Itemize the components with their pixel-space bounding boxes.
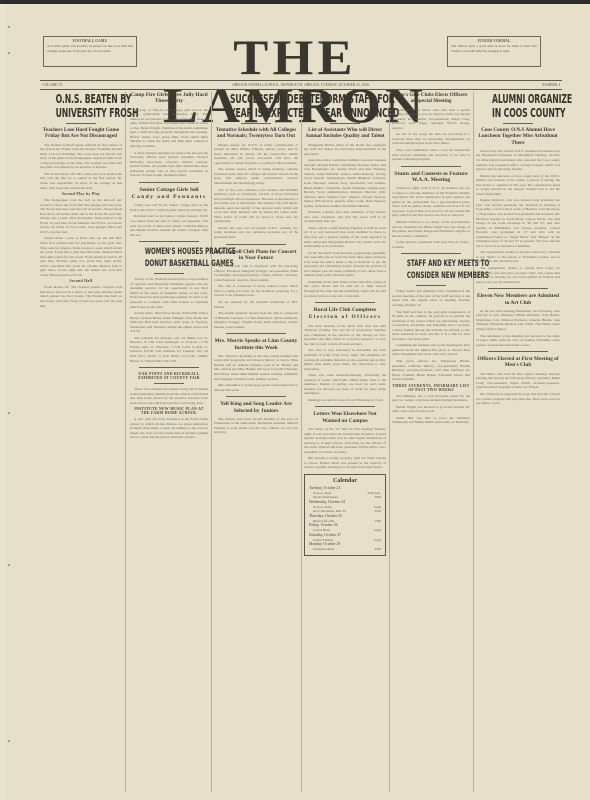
headline-norm-staff-line2: YEAR ANNOUNCED bbox=[320, 106, 371, 120]
article-paragraph: A group of fifty-six jolly, peppy girls … bbox=[130, 108, 208, 149]
left-ear-box: FOOTBALL GAME A football game will possi… bbox=[43, 36, 137, 67]
article-paragraph: Frosh kicked off. The Normal punted. Ore… bbox=[40, 285, 122, 308]
headline-norm-staff: NORM STAFF FOR bbox=[320, 92, 371, 106]
article-paragraph: During the luncheon a Coos county unit o… bbox=[476, 174, 560, 197]
calendar-title: Calendar bbox=[309, 478, 381, 484]
headline-glee-club: Men's Glee Clubs Elects Officers at Spec… bbox=[392, 92, 470, 105]
article-paragraph: Those who attended the annual county fai… bbox=[130, 387, 208, 405]
article-paragraph: Mildred Erickson is in charge of the ent… bbox=[392, 220, 470, 238]
article-paragraph: The infirmary has a very favorable repor… bbox=[392, 394, 470, 403]
headline-mrs-morris: Mrs. Morris Speaks at Linn County Instit… bbox=[214, 338, 298, 351]
article-paragraph: Mrs. Morris is lecturing at the Linn cou… bbox=[214, 354, 298, 381]
article-paragraph: Sometime in the near future about sixty-… bbox=[304, 280, 386, 298]
deck-senior-cottage: Candy and Pennants bbox=[130, 194, 208, 200]
article-paragraph: As one of the songs the men are practici… bbox=[392, 132, 470, 146]
article-paragraph: They were enthusiastic about a tour but … bbox=[392, 148, 470, 162]
headline-oak-point: OAK POINT AND RICKREALL EXHIBITED AT COU… bbox=[130, 372, 208, 380]
headline-womens-houses: WOMEN'S HOUSES PRACTICE bbox=[145, 246, 193, 258]
column-1: O.N.S. BEATEN BY UNIVERSITY FROSH Teache… bbox=[40, 92, 122, 310]
punch-hole bbox=[8, 564, 10, 566]
deck-successful-debate: Tentative Schedule with All Colleges and… bbox=[214, 127, 298, 140]
left-ear-text: A football game will possibly be played … bbox=[47, 44, 133, 53]
deck-rural-life: Election of Officers bbox=[304, 314, 386, 320]
article-paragraph: Miss Arbuthnot is doing upper grade work… bbox=[214, 383, 298, 392]
article-paragraph: There was some misunderstanding concerni… bbox=[304, 373, 386, 396]
column-2: Camp Fire Girls Have Jolly Hard Times Pa… bbox=[130, 92, 208, 442]
article-paragraph: The Pedagogues took the ball on the kick… bbox=[40, 198, 122, 234]
headline-camp-fire: Camp Fire Girls Have Jolly Hard Times Pa… bbox=[130, 92, 208, 105]
right-ear-box: JUNIOR FORMAL The Juniors have a good ti… bbox=[447, 36, 541, 67]
article-paragraph: Tomorrow night, 6:30 to 8:15, all studen… bbox=[392, 186, 470, 218]
article-paragraph: Bill Orwick is acting secretary until Jo… bbox=[304, 456, 386, 470]
article-paragraph: The Juniors held their second meeting of… bbox=[214, 417, 298, 435]
subhead: Second Play by Play bbox=[40, 192, 122, 196]
punch-hole bbox=[8, 26, 10, 28]
article-paragraph: All are inspired by the splendid leaders… bbox=[214, 300, 298, 309]
headline-alumni-organize-line2: IN COOS COUNTY bbox=[492, 106, 544, 120]
column-5: Men's Glee Clubs Elects Officers at Spec… bbox=[392, 92, 470, 427]
article-paragraph: The double quartette chosen from the clu… bbox=[214, 311, 298, 329]
deck-norm-staff: List of Assistants Who will Direct Annua… bbox=[304, 127, 386, 140]
headline-staff-key: STAFF AND KEY MEETS TO bbox=[407, 258, 455, 270]
article-paragraph: Associate editor, Geraldine Gillihan; as… bbox=[304, 158, 386, 208]
headline-macdowell: MacDowell Club Plans for Concert in Near… bbox=[214, 249, 298, 262]
article-paragraph: Future Senior girl members were consider… bbox=[392, 289, 470, 307]
article-paragraph: President Landers and other members of t… bbox=[304, 210, 386, 224]
article-paragraph: The club is composed of many trained voi… bbox=[214, 284, 298, 298]
article-paragraph: Receipts went to the Senior cottage trea… bbox=[130, 214, 208, 237]
headline-ons-beaten-line2: UNIVERSITY FROSH bbox=[56, 106, 107, 120]
calendar-box: Calendar Tuesday, October 23W.A.A. meet6… bbox=[304, 474, 386, 556]
article-paragraph: So far the Norm work has been progressin… bbox=[304, 251, 386, 278]
headline-staff-key-line2: CONSIDER NEW MEMBERS bbox=[407, 270, 455, 282]
article-paragraph: The third meeting of the Rural Life club… bbox=[304, 324, 386, 347]
headline-yell-king: Yell King and Song Leader Are Selected b… bbox=[214, 401, 298, 414]
article-paragraph: Debate season for O.N.S. is under consid… bbox=[214, 143, 298, 166]
article-paragraph: Combining the business and social meetin… bbox=[392, 343, 470, 357]
right-ear-heading: JUNIOR FORMAL bbox=[451, 39, 537, 43]
article-paragraph: The organization wishes to use the Lamro… bbox=[476, 250, 560, 264]
article-paragraph: Owens threw a pass to Rohs who ran the b… bbox=[40, 236, 122, 277]
dateline-rule bbox=[40, 89, 562, 90]
headline-womens-houses-line2: DONUT BASKETBALL GAMES bbox=[145, 258, 193, 270]
left-ear-heading: FOOTBALL GAME bbox=[47, 39, 133, 43]
article-paragraph: A short business meeting was held at the… bbox=[130, 151, 208, 178]
article-paragraph: The Normal football squad suffered its f… bbox=[40, 143, 122, 170]
article-paragraph: The organization wishes to extend their … bbox=[476, 266, 560, 284]
article-paragraph: Marguerite Barick editor of the Norm, ha… bbox=[304, 143, 386, 157]
article-paragraph: Isabell Wright was allowed to go home Oc… bbox=[392, 405, 470, 414]
article-paragraph: Members of the Men's Glee club held a sp… bbox=[392, 108, 470, 131]
subhead: Second Half bbox=[40, 279, 122, 283]
column-3: SUCCESSFUL DEBATE YEAR IS EXPECTED Tenta… bbox=[214, 92, 298, 437]
column-6: ALUMNI ORGANIZE IN COOS COUNTY Coos Coun… bbox=[476, 92, 560, 408]
article-paragraph: Arnold Arms, Third Floor Dorm, White Hal… bbox=[130, 311, 208, 334]
headline-mens-club: Officers Elected at First Meeting of Men… bbox=[476, 356, 560, 369]
headline-letters-won: Letters Won Elsewhere Not Wanted on Camp… bbox=[304, 411, 386, 424]
column-4: NORM STAFF FOR YEAR ANNOUNCED List of As… bbox=[304, 92, 386, 556]
headline-ons-beaten: O.N.S. BEATEN BY bbox=[56, 92, 107, 106]
headline-successful-debate: SUCCESSFUL DEBATE bbox=[230, 92, 282, 106]
article-paragraph: Two of last year's debaters, Lyle Thomas… bbox=[214, 188, 298, 224]
article-paragraph: The Order of the "O" held its first meet… bbox=[304, 427, 386, 454]
article-paragraph: The schedule for Monday, Oct. 22 Maple L… bbox=[130, 336, 208, 363]
article-paragraph: At the Art club meeting Wednesday the fo… bbox=[476, 309, 560, 332]
article-paragraph: Twenty of the Women's houses have a larg… bbox=[130, 277, 208, 309]
article-paragraph: Mr. Christenson expressed the hope that … bbox=[476, 392, 560, 406]
headline-rural-life: Rural Life Club Completes bbox=[304, 307, 386, 313]
headline-alumni-organize: ALUMNI ORGANIZE bbox=[492, 92, 544, 106]
article-paragraph: This year's officers are: Marguerite Bar… bbox=[392, 359, 470, 382]
headline-art-club: Eleven New Members are Admitted to Art C… bbox=[476, 293, 560, 306]
article-paragraph: The McDowell club is organized with the … bbox=[214, 264, 298, 282]
article-paragraph: There will be a staff meeting Tuesday at… bbox=[304, 226, 386, 249]
headline-music-plan: INSTITUTE NEW MUSIC PLAN AT THE FARM HOM… bbox=[130, 407, 208, 415]
article-paragraph: Debate last year was successful, O.N.S. … bbox=[214, 226, 298, 240]
deck-alumni-organize: Coos County O.N.S Alumni Have Luncheon T… bbox=[476, 127, 560, 146]
dateline-text: OREGON NORMAL SCHOOL, MONMOUTH, OREGON, … bbox=[40, 81, 562, 89]
article-paragraph: The club is very interested in discussin… bbox=[304, 348, 386, 371]
article-paragraph: Come and get acquainted with your W.A.A.… bbox=[392, 240, 470, 249]
calendar-event: Orchestra meet6:30 bbox=[309, 547, 381, 552]
article-paragraph: Nellie Hitz was able to leave the infirm… bbox=[392, 416, 470, 425]
article-paragraph: Eugene Dormolt, who was student body pre… bbox=[476, 198, 560, 248]
headline-senior-cottage: Senior Cottage Girls Sell bbox=[130, 187, 208, 193]
issue-number: NUMBER 4 bbox=[542, 81, 560, 89]
dateline-bar: VOLUME VI. OREGON NORMAL SCHOOL, MONMOUT… bbox=[40, 81, 562, 89]
headline-stunts-contests: Stunts and Contests to Feature W.A.A. Me… bbox=[392, 171, 470, 184]
headline-successful-debate-line2: YEAR IS EXPECTED bbox=[230, 106, 282, 120]
article-paragraph: About forty-five former O.N.S. students … bbox=[476, 149, 560, 172]
right-ear-text: The Juniors have a good time in store fo… bbox=[451, 44, 537, 53]
article-paragraph: Meetings are held in room 22 each Thursd… bbox=[304, 398, 386, 403]
headline-infirmary: THREE STUDENTS, INFIRMARY LIST OF PAST T… bbox=[392, 384, 470, 392]
article-paragraph: The Frosh started off with a bang and so… bbox=[40, 172, 122, 190]
punch-hole bbox=[8, 740, 10, 742]
article-paragraph: Candy was sold by the Senior cottage gir… bbox=[130, 203, 208, 212]
article-paragraph: The debate season which is being planned… bbox=[214, 167, 298, 185]
article-paragraph: The Staff and Key is the only girls orga… bbox=[392, 310, 470, 342]
punch-hole bbox=[8, 52, 10, 54]
deck-ons-beaten: Teachers Lose Hard Fought Game Friday Bu… bbox=[40, 127, 122, 140]
article-paragraph: The Men's club held its first regular me… bbox=[476, 372, 560, 390]
article-paragraph: A new plan has been instituted at the Fa… bbox=[130, 417, 208, 440]
punch-hole bbox=[8, 412, 10, 414]
article-paragraph: The remainder of the meeting was devoted… bbox=[476, 334, 560, 348]
